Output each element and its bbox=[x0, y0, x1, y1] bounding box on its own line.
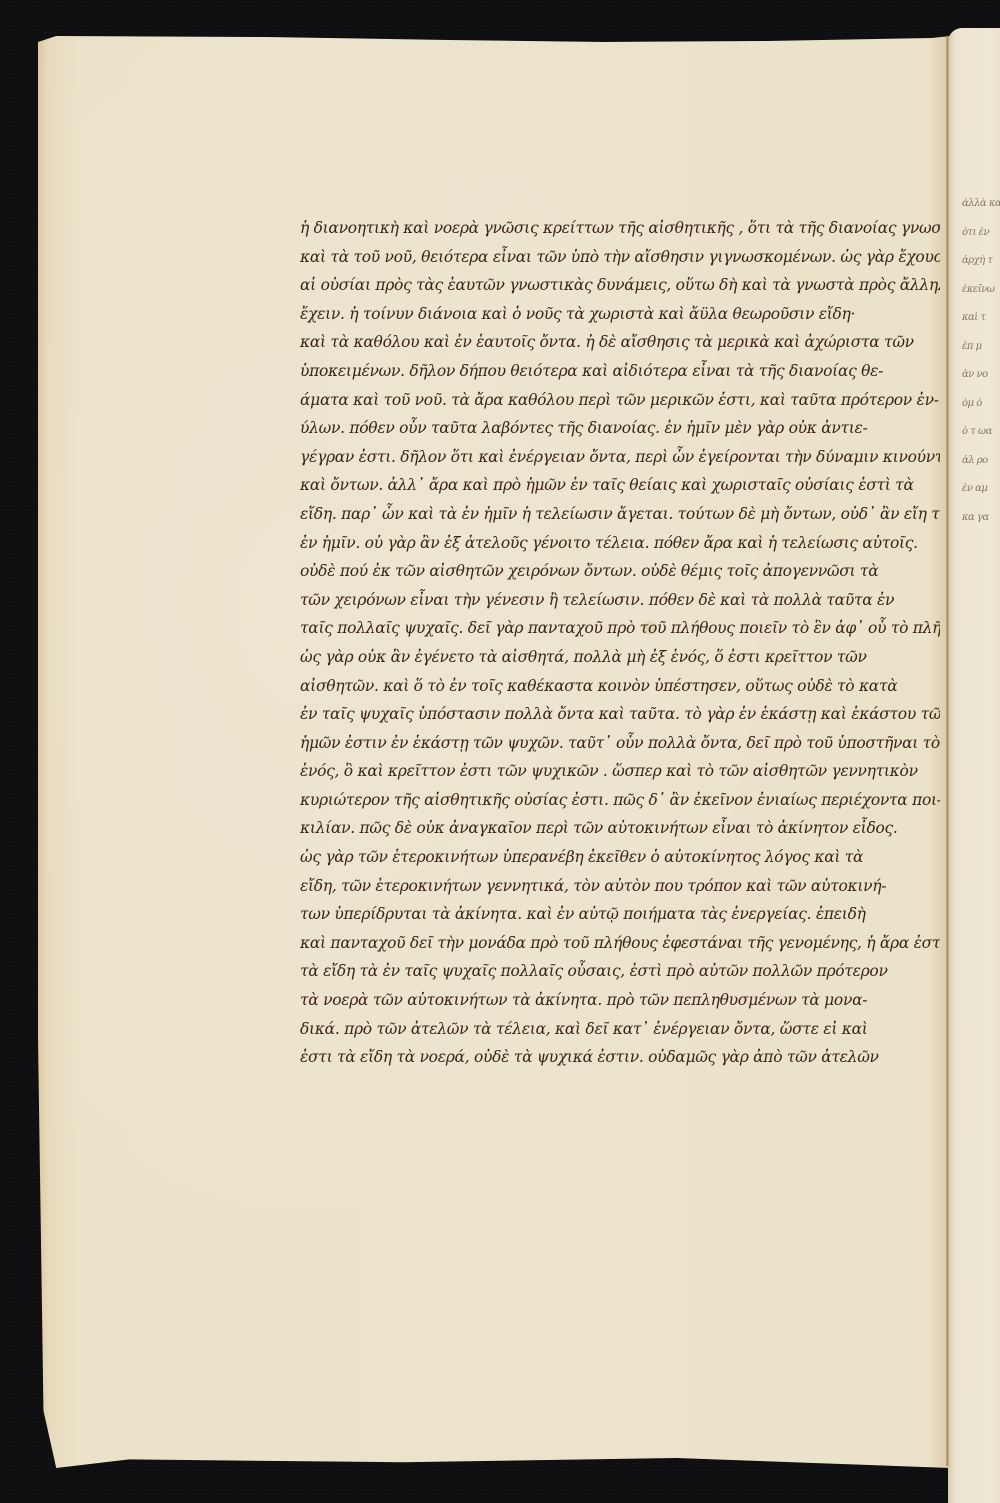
manuscript-text: ἡ διανοητικὴ καὶ νοερὰ γνῶσις κρείττων τ… bbox=[300, 214, 940, 1072]
text-line: ὡς γὰρ τῶν ἑτεροκινήτων ὑπερανέβη ἐκεῖθε… bbox=[300, 843, 940, 872]
text-line: οὐδὲ πού ἐκ τῶν αἰσθητῶν χειρόνων ὄντων.… bbox=[300, 557, 940, 586]
text-line: καὶ τὰ καθόλου καὶ ἐν ἑαυτοῖς ὄντα. ἡ δὲ… bbox=[300, 328, 940, 357]
text-line: ὡς γὰρ οὐκ ἂν ἐγένετο τὰ αἰσθητά, πολλὰ … bbox=[300, 643, 940, 672]
text-line: ταῖς πολλαῖς ψυχαῖς. δεῖ γὰρ πανταχοῦ πρ… bbox=[300, 614, 940, 643]
marginalia-line: ἀν νο bbox=[962, 361, 1000, 390]
marginalia-line: ἐκεῖνω bbox=[962, 276, 1000, 305]
text-line: δικά. πρὸ τῶν ἀτελῶν τὰ τέλεια, καὶ δεῖ … bbox=[300, 1015, 940, 1044]
marginalia-line: ὁτι ἐν bbox=[962, 219, 1000, 248]
text-line: αἱ οὐσίαι πρὸς τὰς ἑαυτῶν γνωστικὰς δυνά… bbox=[300, 271, 940, 300]
text-line: αἰσθητῶν. καὶ ὅ τὸ ἐν τοῖς καθέκαστα κοι… bbox=[300, 672, 940, 701]
text-line: ἡ διανοητικὴ καὶ νοερὰ γνῶσις κρείττων τ… bbox=[300, 214, 940, 243]
text-line: τὰ νοερὰ τῶν αὐτοκινήτων τὰ ἀκίνητα. πρὸ… bbox=[300, 986, 940, 1015]
text-line: ἐν ταῖς ψυχαῖς ὑπόστασιν πολλὰ ὄντα καὶ … bbox=[300, 700, 940, 729]
marginalia-line: ὁμ ὁ bbox=[962, 390, 1000, 419]
marginalia-line: ὁ τ ωα bbox=[962, 418, 1000, 447]
marginalia-line: ἐν αμ bbox=[962, 475, 1000, 504]
text-line: ὑποκειμένων. δῆλον δήπου θειότερα καὶ αἰ… bbox=[300, 357, 940, 386]
text-line: καὶ πανταχοῦ δεῖ τὴν μονάδα πρὸ τοῦ πλήθ… bbox=[300, 929, 940, 958]
facing-page-marginalia: ἀλλὰ κα ὁτι ἐν ἀρχὴ τ ἐκεῖνω καὶ τ ἐπ μ … bbox=[962, 190, 1000, 532]
gutter-fold bbox=[946, 36, 949, 1466]
text-line: καὶ τὰ τοῦ νοῦ, θειότερα εἶναι τῶν ὑπὸ τ… bbox=[300, 243, 940, 272]
text-line: εἴδη. παρ᾿ ὧν καὶ τὰ ἐν ἡμῖν ἡ τελείωσιν… bbox=[300, 500, 940, 529]
text-line: ἑνός, ὃ καὶ κρεῖττον ἐστι τῶν ψυχικῶν . … bbox=[300, 757, 940, 786]
text-line: τὰ εἴδη τὰ ἐν ταῖς ψυχαῖς πολλαῖς οὖσαις… bbox=[300, 957, 940, 986]
marginalia-line: ἀλλὰ κα bbox=[962, 190, 1000, 219]
text-line: καὶ ὄντων. ἀλλ᾿ ἄρα καὶ πρὸ ἡμῶν ἐν ταῖς… bbox=[300, 471, 940, 500]
text-line: ἐστι τὰ εἴδη τὰ νοερά, οὐδὲ τὰ ψυχικά ἐσ… bbox=[300, 1043, 940, 1072]
text-line: τῶν χειρόνων εἶναι τὴν γένεσιν ἢ τελείωσ… bbox=[300, 586, 940, 615]
text-line: γέγραν ἐστι. δῆλον ὅτι καὶ ἐνέργειαν ὄντ… bbox=[300, 443, 940, 472]
text-line: κιλίαν. πῶς δὲ οὐκ ἀναγκαῖον περὶ τῶν αὐ… bbox=[300, 814, 940, 843]
marginalia-line: καὶ τ bbox=[962, 304, 1000, 333]
marginalia-line: ἀλ ρο bbox=[962, 447, 1000, 476]
text-line: κυριώτερον τῆς αἰσθητικῆς οὐσίας ἐστι. π… bbox=[300, 786, 940, 815]
text-line: ἡμῶν ἐστιν ἐν ἑκάστῃ τῶν ψυχῶν. ταῦτ᾿ οὖ… bbox=[300, 729, 940, 758]
text-line: ἔχειν. ἡ τοίνυν διάνοια καὶ ὁ νοῦς τὰ χω… bbox=[300, 300, 940, 329]
text-line: ύλων. πόθεν οὖν ταῦτα λαβόντες τῆς διανο… bbox=[300, 414, 940, 443]
marginalia-line: ἀρχὴ τ bbox=[962, 247, 1000, 276]
text-line: εἴδη, τῶν ἑτεροκινήτων γεννητικά, τὸν αὐ… bbox=[300, 872, 940, 901]
marginalia-line: κα γα bbox=[962, 504, 1000, 533]
marginalia-line: ἐπ μ bbox=[962, 333, 1000, 362]
text-line: των ὑπερίδρυται τὰ ἀκίνητα. καὶ ἐν αὐτῷ … bbox=[300, 900, 940, 929]
text-line: άματα καὶ τοῦ νοῦ. τὰ ἄρα καθόλου περὶ τ… bbox=[300, 386, 940, 415]
text-line: ἐν ἡμῖν. οὐ γὰρ ἂν ἐξ ἀτελοῦς γένοιτο τέ… bbox=[300, 529, 940, 558]
